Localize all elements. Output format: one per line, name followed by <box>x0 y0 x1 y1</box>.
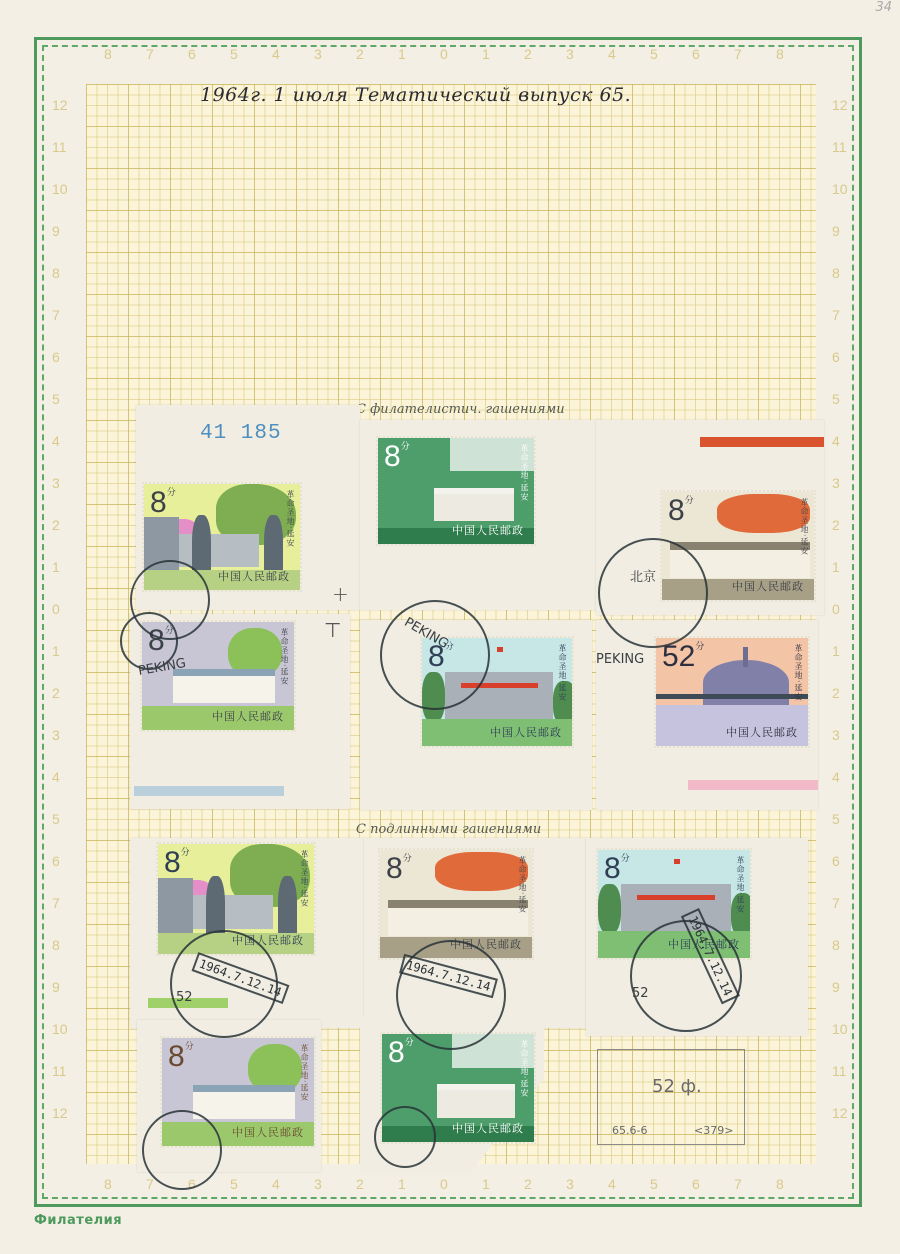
stamp-denomination: 8分 <box>668 496 694 526</box>
ruler-right-label: 12 <box>832 1105 848 1121</box>
stamp-series-text: 革命圣地·延安 <box>735 856 746 914</box>
section-label-used: С подлинными гашениями <box>356 822 541 837</box>
ruler-bottom-label: 3 <box>314 1176 322 1192</box>
ruler-top-label: 2 <box>356 46 364 62</box>
color-bar-pink <box>688 780 818 790</box>
stamp-postal-text: 中国人民邮政 <box>452 1120 524 1136</box>
ruler-left-label: 8 <box>52 937 60 953</box>
ruler-right-label: 10 <box>832 1021 848 1037</box>
ruler-bottom-label: 4 <box>272 1176 280 1192</box>
postmark-latin: PEKING <box>596 652 644 667</box>
ruler-right-label: 3 <box>832 475 840 491</box>
ruler-bottom-label: 5 <box>650 1176 658 1192</box>
ruler-left-label: 4 <box>52 769 60 785</box>
ruler-top-label: 7 <box>734 46 742 62</box>
stamp-series-text: 革命圣地·延安 <box>285 490 296 548</box>
ruler-top-label: 0 <box>440 46 448 62</box>
stamp-denomination: 8分 <box>164 848 190 878</box>
ruler-left-label: 4 <box>52 433 60 449</box>
ruler-left-label: 5 <box>52 391 60 407</box>
ruler-bottom-label: 7 <box>146 1176 154 1192</box>
ruler-right-label: 11 <box>832 139 847 155</box>
ruler-left-label: 8 <box>52 265 60 281</box>
alignment-cross: ⊤ <box>324 618 341 642</box>
ruler-left-label: 7 <box>52 307 60 323</box>
ruler-top-label: 8 <box>104 46 112 62</box>
postmark-office: 52 <box>176 990 193 1005</box>
ruler-bottom-label: 7 <box>734 1176 742 1192</box>
placeholder-catalog-ref: 65.6-6 <box>612 1124 647 1137</box>
ruler-right-label: 0 <box>832 601 840 617</box>
color-bar-blue <box>134 786 284 796</box>
ruler-right-label: 8 <box>832 265 840 281</box>
ruler-left-label: 3 <box>52 727 60 743</box>
ruler-left-label: 9 <box>52 979 60 995</box>
stamp-postal-text: 中国人民邮政 <box>212 708 284 724</box>
ruler-right-label: 10 <box>832 181 848 197</box>
ruler-right-label: 4 <box>832 769 840 785</box>
ruler-left-label: 1 <box>52 559 60 575</box>
ruler-top-label: 3 <box>566 46 574 62</box>
ruler-bottom-label: 2 <box>524 1176 532 1192</box>
ruler-right-label: 6 <box>832 349 840 365</box>
alignment-cross: + <box>332 582 349 606</box>
ruler-top-label: 4 <box>272 46 280 62</box>
postmark-city: 北京 <box>630 566 656 585</box>
color-bar-red <box>700 437 824 447</box>
ruler-top-label: 1 <box>398 46 406 62</box>
ruler-bottom-label: 6 <box>692 1176 700 1192</box>
ruler-top-label: 3 <box>314 46 322 62</box>
stamp-postal-text: 中国人民邮政 <box>218 568 290 584</box>
ruler-bottom-label: 3 <box>566 1176 574 1192</box>
ruler-top-label: 1 <box>482 46 490 62</box>
stamp-denomination: 8分 <box>150 488 176 518</box>
stamp-series-text: 革命圣地·延安 <box>299 850 310 908</box>
ruler-top-label: 5 <box>230 46 238 62</box>
stamp-s2: 8分革命圣地·延安中国人民邮政 <box>376 436 536 546</box>
missing-stamp-placeholder: 52 ф. 65.6-6 <379> <box>597 1049 745 1145</box>
stamp-denomination: 8分 <box>388 1038 414 1068</box>
stamp-s6: 52分革命圣地·延安中国人民邮政 <box>654 636 810 748</box>
ruler-right-label: 1 <box>832 559 840 575</box>
ruler-top-label: 6 <box>692 46 700 62</box>
stamp-series-text: 革命圣地·延安 <box>793 644 804 702</box>
ruler-right-label: 7 <box>832 307 840 323</box>
stamp-series-text: 革命圣地·延安 <box>299 1044 310 1102</box>
ruler-left-label: 7 <box>52 895 60 911</box>
stamp-postal-text: 中国人民邮政 <box>490 724 562 740</box>
ruler-left-label: 6 <box>52 349 60 365</box>
ruler-right-label: 5 <box>832 811 840 827</box>
stamp-series-text: 革命圣地·延安 <box>517 856 528 914</box>
ruler-left-label: 1 <box>52 643 60 659</box>
ruler-top-label: 5 <box>650 46 658 62</box>
stamp-denomination: 8分 <box>168 1042 194 1072</box>
stamp-series-text: 革命圣地·延安 <box>557 644 568 702</box>
page-heading: 1964г. 1 июля Тематический выпуск 65. <box>200 84 631 106</box>
stamp-series-text: 革命圣地·延安 <box>279 628 290 686</box>
ruler-bottom-label: 1 <box>482 1176 490 1192</box>
ruler-left-label: 0 <box>52 601 60 617</box>
ruler-right-label: 7 <box>832 895 840 911</box>
stamp-series-text: 革命圣地·延安 <box>519 444 530 502</box>
ruler-top-label: 8 <box>776 46 784 62</box>
ruler-left-label: 2 <box>52 685 60 701</box>
ruler-left-label: 10 <box>52 1021 68 1037</box>
ruler-right-label: 6 <box>832 853 840 869</box>
album-page: 34 8765432101234567887654321012345678121… <box>0 0 900 1254</box>
ruler-bottom-label: 1 <box>398 1176 406 1192</box>
ruler-left-label: 11 <box>52 1063 67 1079</box>
ruler-top-label: 4 <box>608 46 616 62</box>
stamp-postal-text: 中国人民邮政 <box>452 522 524 538</box>
postmark-circle <box>374 1106 436 1168</box>
ruler-left-label: 12 <box>52 1105 68 1121</box>
section-label-cto: С филателистич. гашениями <box>356 402 565 417</box>
ruler-bottom-label: 8 <box>104 1176 112 1192</box>
ruler-bottom-label: 5 <box>230 1176 238 1192</box>
ruler-top-label: 7 <box>146 46 154 62</box>
stamp-series-text: 革命圣地·延安 <box>519 1040 530 1098</box>
ruler-bottom-label: 4 <box>608 1176 616 1192</box>
ruler-right-label: 1 <box>832 643 840 659</box>
ruler-right-label: 2 <box>832 685 840 701</box>
stamp-denomination: 8分 <box>384 442 410 472</box>
ruler-right-label: 4 <box>832 433 840 449</box>
ruler-right-label: 3 <box>832 727 840 743</box>
placeholder-value: 52 ф. <box>652 1076 702 1097</box>
ruler-right-label: 8 <box>832 937 840 953</box>
ruler-left-label: 9 <box>52 223 60 239</box>
postmark-circle <box>142 1110 222 1190</box>
ruler-bottom-label: 8 <box>776 1176 784 1192</box>
postmark-circle <box>380 600 490 710</box>
ruler-top-label: 2 <box>524 46 532 62</box>
ruler-left-label: 10 <box>52 181 68 197</box>
ruler-right-label: 9 <box>832 223 840 239</box>
ruler-bottom-label: 0 <box>440 1176 448 1192</box>
ruler-right-label: 5 <box>832 391 840 407</box>
ruler-left-label: 2 <box>52 517 60 533</box>
postmark-circle <box>598 538 708 648</box>
placeholder-catalog-no: <379> <box>694 1124 733 1137</box>
ruler-left-label: 11 <box>52 139 67 155</box>
stamp-denomination: 8分 <box>386 854 412 884</box>
stamp-denomination: 52分 <box>662 642 704 672</box>
ruler-right-label: 9 <box>832 979 840 995</box>
ruler-right-label: 2 <box>832 517 840 533</box>
ruler-right-label: 12 <box>832 97 848 113</box>
sheet-serial-number: 41 185 <box>200 422 282 445</box>
publisher-label: Филателия <box>34 1213 122 1228</box>
ruler-left-label: 12 <box>52 97 68 113</box>
ruler-left-label: 3 <box>52 475 60 491</box>
ruler-left-label: 5 <box>52 811 60 827</box>
stamp-postal-text: 中国人民邮政 <box>726 724 798 740</box>
ruler-bottom-label: 2 <box>356 1176 364 1192</box>
ruler-right-label: 11 <box>832 1063 847 1079</box>
ruler-left-label: 6 <box>52 853 60 869</box>
postmark-office: 52 <box>632 986 649 1001</box>
stamp-denomination: 8分 <box>604 854 630 884</box>
ruler-top-label: 6 <box>188 46 196 62</box>
stamp-series-text: 革命圣地·延安 <box>799 498 810 556</box>
stamp-postal-text: 中国人民邮政 <box>732 578 804 594</box>
page-number-pencil: 34 <box>875 0 892 15</box>
stamp-postal-text: 中国人民邮政 <box>232 1124 304 1140</box>
